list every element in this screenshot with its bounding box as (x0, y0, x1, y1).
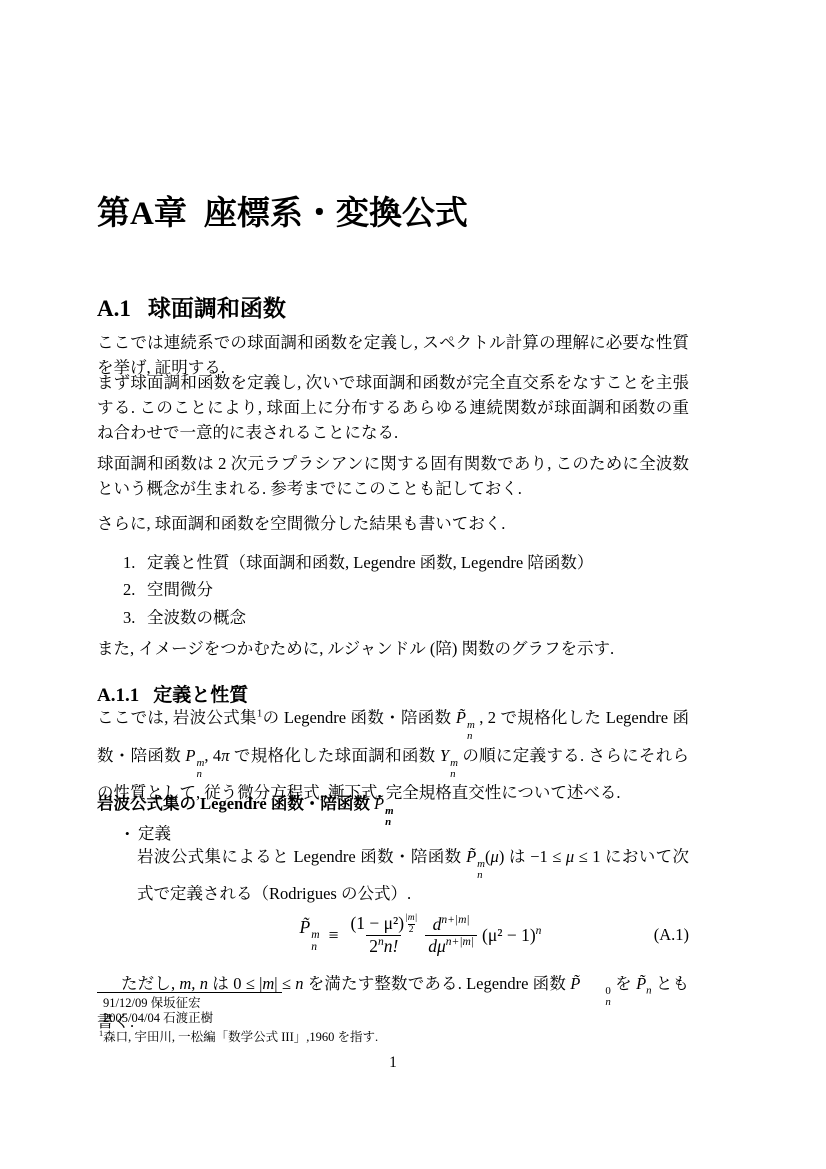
text-run: n! (384, 936, 399, 956)
exponent-denominator: 2 (408, 924, 415, 935)
fraction-numerator: dn+|m| (430, 914, 473, 935)
document-page: 第A章座標系・変換公式 A.1球面調和函数 ここでは連続系での球面調和函数を定義… (0, 0, 826, 1169)
text-run: 2 (369, 936, 378, 956)
math-subscript: n (450, 769, 455, 780)
runin-heading-iwanami: 岩波公式集の Legendre 函数・陪函数 P̃mn (97, 791, 689, 829)
exponent-fraction: |m|2 (405, 913, 417, 935)
math-base: P̃ (636, 974, 646, 993)
list-item-number: 3. (123, 605, 147, 630)
text-run: (1 − μ²) (350, 913, 404, 933)
page-number: 1 (97, 1054, 689, 1072)
math-mu: μ (566, 847, 574, 866)
math-superscript: m (311, 929, 319, 941)
math-subscript: n (197, 769, 202, 780)
list-item: 1.定義と性質（球面調和函数, Legendre 函数, Legendre 陪函… (123, 550, 689, 575)
exponent-numerator: |m| (405, 913, 417, 923)
chapter-heading: 第A章座標系・変換公式 (97, 187, 468, 234)
text-run: ここでは, 岩波公式集 (97, 708, 257, 727)
text-run: ただし, (121, 974, 179, 993)
math-P-tilde-n: P̃n (636, 974, 652, 993)
math-base: P̃ (466, 847, 476, 866)
paragraph-intro-4: さらに, 球面調和函数を空間微分した結果も書いておく. (97, 511, 689, 536)
fraction-rodrigues-coeff: (1 − μ²)|m|2 2nn! (347, 913, 420, 957)
math-subscript: n (311, 941, 317, 953)
text-run: , 4 (204, 746, 221, 765)
text-run: を満たす整数である. Legendre 函数 (303, 974, 570, 993)
text-run: (μ² − 1) (482, 925, 536, 945)
paragraph-intro-3: 球面調和函数は 2 次元ラプラシアンに関する固有関数であり, このために全波数と… (97, 451, 689, 501)
math-base: P̃ (570, 974, 580, 993)
math-P-tilde-nm: P̃mn (456, 708, 475, 727)
math-P-nm: Pmn (185, 746, 204, 765)
heading-text: 岩波公式集の Legendre 函数・陪函数 (97, 794, 374, 813)
math-P-tilde-0n: P̃0n (570, 974, 611, 993)
math-base: P̃ (456, 708, 466, 727)
text-run: dμ (428, 936, 446, 956)
fraction-derivative: dn+|m| dμn+|m| (425, 914, 477, 957)
math-base: P̃ (300, 917, 311, 937)
footer-signature-2: 2005/04/04 石渡正樹 (103, 1011, 689, 1026)
fraction-denominator: dμn+|m| (425, 935, 477, 957)
subsection-title: 定義と性質 (153, 685, 248, 706)
section-heading: A.1球面調和函数 (97, 290, 286, 323)
math-superscript: n (536, 925, 542, 937)
list-item-label: 定義と性質（球面調和函数, Legendre 函数, Legendre 陪函数） (147, 553, 593, 572)
list-item: 2.空間微分 (123, 577, 689, 602)
math-m: m (262, 974, 274, 993)
list-item-number: 2. (123, 577, 147, 602)
equation-a1: P̃mn ≡ (1 − μ²)|m|2 2nn! dn+|m| dμn+|m| … (97, 905, 689, 965)
subsection-number: A.1.1 (97, 685, 139, 706)
list-item-number: 1. (123, 550, 147, 575)
math-subscript: n (477, 870, 482, 881)
text-run: の Legendre 函数・陪函数 (262, 708, 456, 727)
list-item-label: 全波数の概念 (147, 608, 246, 627)
bullet-label: 定義 (138, 824, 171, 843)
fraction-denominator: 2nn! (366, 935, 401, 957)
math-subscript: n (385, 817, 391, 828)
math-superscript: n+|m| (446, 936, 474, 948)
section-title: 球面調和函数 (148, 296, 286, 321)
section-number: A.1 (97, 296, 131, 321)
bullet-icon: • (125, 821, 138, 846)
bullet-body-definition: 岩波公式集によると Legendre 函数・陪函数 P̃mn(μ) は −1 ≤… (137, 845, 689, 906)
math-Y-nm: Ymn (440, 746, 458, 765)
paragraph-intro-2: まず球面調和函数を定義し, 次いで球面調和函数が完全直交系をなすことを主張する.… (97, 370, 689, 445)
equation-number: (A.1) (654, 925, 689, 945)
math-P-tilde-nm: P̃mn (300, 917, 320, 953)
text-run: | ≤ (274, 974, 295, 993)
list-item: 3.全波数の概念 (123, 605, 689, 630)
math-base: P (185, 746, 195, 765)
math-base: Y (440, 746, 449, 765)
text-run: で規格化した球面調和函数 (229, 746, 439, 765)
text-run: ) は −1 ≤ (499, 847, 566, 866)
rhs-term: (μ² − 1)n (482, 925, 541, 946)
equation-body: P̃mn ≡ (1 − μ²)|m|2 2nn! dn+|m| dμn+|m| … (97, 905, 689, 965)
chapter-label: 第A章 (97, 196, 187, 232)
list-item-label: 空間微分 (147, 580, 213, 599)
chapter-title: 座標系・変換公式 (204, 196, 468, 232)
paragraph-intro-5: また, イメージをつかむために, ルジャンドル (陪) 関数のグラフを示す. (97, 636, 689, 661)
math-mn: m, n (179, 974, 208, 993)
math-subscript: n (467, 731, 472, 742)
math-mu: μ (491, 847, 499, 866)
text-run: 岩波公式集によると Legendre 函数・陪函数 (137, 847, 466, 866)
text-run: を (611, 974, 636, 993)
footnote-rule (97, 992, 282, 993)
footnote-text: 森口, 宇田川, 一松編「数学公式 III」,1960 を指す. (103, 1030, 378, 1044)
footnote-1: 1森口, 宇田川, 一松編「数学公式 III」,1960 を指す. (99, 1026, 685, 1045)
fraction-numerator: (1 − μ²)|m|2 (347, 913, 420, 935)
footer-signature-1: 91/12/09 保坂征宏 (103, 996, 689, 1011)
bullet-item-definition: •定義 (125, 821, 171, 846)
math-P-tilde-nm: P̃mn (466, 847, 485, 866)
subsection-heading: A.1.1定義と性質 (97, 680, 248, 707)
math-P-tilde-nm: P̃mn (374, 794, 394, 813)
math-superscript: n+|m| (441, 914, 469, 926)
text-run: は 0 ≤ | (208, 974, 262, 993)
equiv-symbol: ≡ (329, 925, 339, 946)
math-base: P̃ (374, 794, 384, 813)
